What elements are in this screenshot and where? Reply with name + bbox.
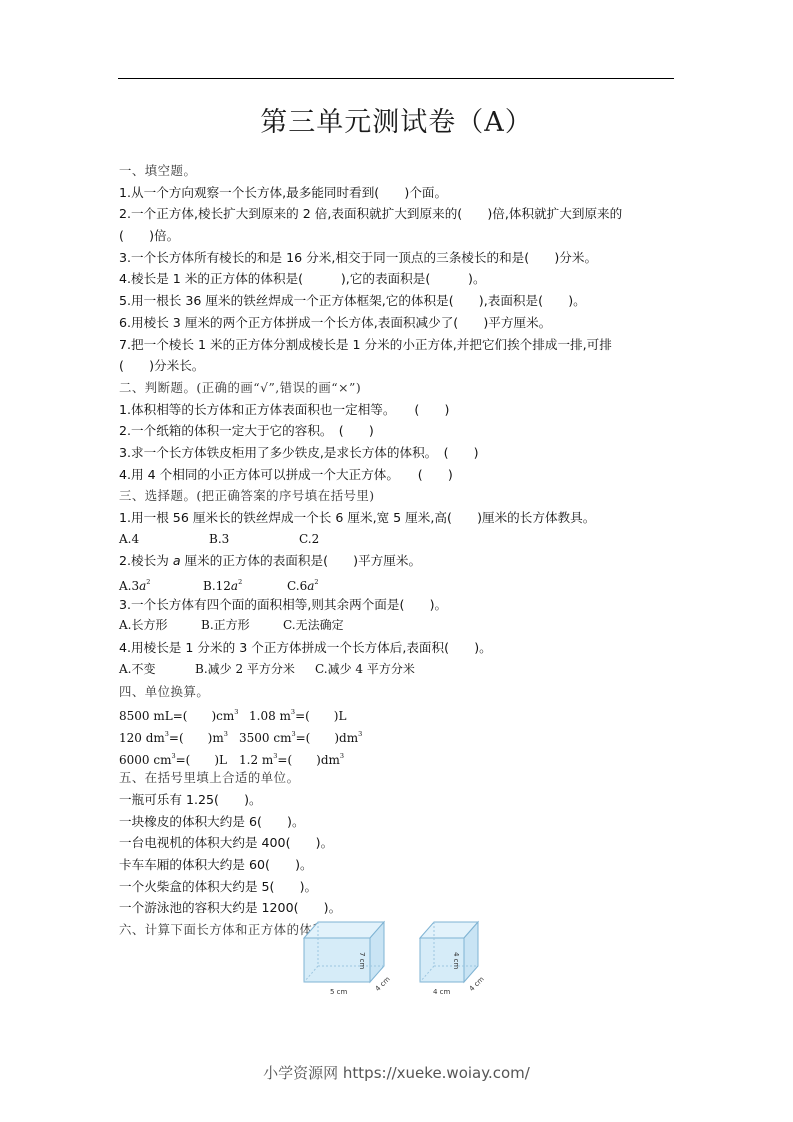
question-item: 1.从一个方向观察一个长方体,最多能同时看到( )个面。 bbox=[119, 182, 679, 204]
section-heading-true-false: 二、判断题。(正确的画“√”,错误的画“×”) bbox=[119, 377, 679, 399]
question-item: 6.用棱长 3 厘米的两个正方体拼成一个长方体,表面积减少了( )平方厘米。 bbox=[119, 312, 679, 334]
section-heading-units: 五、在括号里填上合适的单位。 bbox=[119, 767, 679, 789]
option-b: B.正方形 bbox=[201, 615, 283, 637]
option-row: A.3a2B.12a2C.6a2 bbox=[119, 572, 679, 594]
question-item: 2.一个纸箱的体积一定大于它的容积。 ( ) bbox=[119, 420, 679, 442]
question-item: ( )倍。 bbox=[119, 225, 679, 247]
cuboid-height-label: 7 cm bbox=[358, 952, 366, 970]
question-item: 一个火柴盒的体积大约是 5( )。 bbox=[119, 876, 679, 898]
question-item: 一瓶可乐有 1.25( )。 bbox=[119, 789, 679, 811]
variable-a: a bbox=[173, 553, 181, 568]
question-item: 7.把一个棱长 1 米的正方体分割成棱长是 1 分米的小正方体,并把它们挨个排成… bbox=[119, 334, 679, 356]
cube-height-label: 4 cm bbox=[452, 952, 460, 970]
question-item: 1.用一根 56 厘米长的铁丝焊成一个长 6 厘米,宽 5 厘米,高( )厘米的… bbox=[119, 507, 679, 529]
question-item: 4.用 4 个相同的小正方体可以拼成一个大正方体。 ( ) bbox=[119, 464, 679, 486]
conversion-row: 8500 mL=( )cm31.08 m3=( )L bbox=[119, 702, 679, 724]
question-item: 3.一个长方体有四个面的面积相等,则其余两个面是( )。 bbox=[119, 594, 679, 616]
header-rule bbox=[118, 78, 674, 79]
option-c: C.2 bbox=[299, 529, 319, 551]
cube-shape: 4 cm 4 cm 4 cm bbox=[420, 922, 486, 996]
cuboid-diagram: 5 cm 4 cm 7 cm 4 cm 4 cm 4 cm bbox=[300, 918, 500, 998]
option-row: A.长方形B.正方形C.无法确定 bbox=[119, 615, 679, 637]
option-row: A.不变B.减少 2 平方分米C.减少 4 平方分米 bbox=[119, 659, 679, 681]
cuboid-figures: 5 cm 4 cm 7 cm 4 cm 4 cm 4 cm bbox=[300, 918, 500, 998]
question-item: 卡车车厢的体积大约是 60( )。 bbox=[119, 854, 679, 876]
question-item: 4.用棱长是 1 分米的 3 个正方体拼成一个长方体后,表面积( )。 bbox=[119, 637, 679, 659]
conversion-row: 120 dm3=( )m33500 cm3=( )dm3 bbox=[119, 724, 679, 746]
question-item: 4.棱长是 1 米的正方体的体积是( ),它的表面积是( )。 bbox=[119, 268, 679, 290]
conversion-row: 6000 cm3=( )L1.2 m3=( )dm3 bbox=[119, 746, 679, 768]
question-item: 一块橡皮的体积大约是 6( )。 bbox=[119, 811, 679, 833]
question-item: 2.棱长为 a 厘米的正方体的表面积是( )平方厘米。 bbox=[119, 550, 679, 572]
cube-width-label: 4 cm bbox=[468, 975, 486, 993]
cube-length-label: 4 cm bbox=[433, 988, 451, 996]
question-item: 3.一个长方体所有棱长的和是 16 分米,相交于同一顶点的三条棱长的和是( )分… bbox=[119, 247, 679, 269]
option-b: B.减少 2 平方分米 bbox=[195, 659, 315, 681]
question-item: 一台电视机的体积大约是 400( )。 bbox=[119, 832, 679, 854]
footer-watermark[interactable]: 小学资源网 https://xueke.woiay.com/ bbox=[0, 1062, 793, 1083]
option-b: B.3 bbox=[209, 529, 299, 551]
option-a: A.4 bbox=[119, 529, 209, 551]
option-a: A.不变 bbox=[119, 659, 195, 681]
question-item: 一个游泳池的容积大约是 1200( )。 bbox=[119, 897, 679, 919]
question-item: 3.求一个长方体铁皮柜用了多少铁皮,是求长方体的体积。 ( ) bbox=[119, 442, 679, 464]
exam-content: 一、填空题。 1.从一个方向观察一个长方体,最多能同时看到( )个面。 2.一个… bbox=[119, 160, 679, 941]
option-c: C.减少 4 平方分米 bbox=[315, 659, 415, 681]
cuboid-length-label: 5 cm bbox=[330, 988, 348, 996]
question-item: 5.用一根长 36 厘米的铁丝焊成一个正方体框架,它的体积是( ),表面积是( … bbox=[119, 290, 679, 312]
question-item: 1.体积相等的长方体和正方体表面积也一定相等。 ( ) bbox=[119, 399, 679, 421]
section-heading-fill-blank: 一、填空题。 bbox=[119, 160, 679, 182]
option-a: A.长方形 bbox=[119, 615, 201, 637]
option-row: A.4B.3C.2 bbox=[119, 529, 679, 551]
section-heading-choice: 三、选择题。(把正确答案的序号填在括号里) bbox=[119, 485, 679, 507]
question-item: ( )分米长。 bbox=[119, 355, 679, 377]
option-c: C.无法确定 bbox=[283, 615, 344, 637]
cuboid-shape: 5 cm 4 cm 7 cm bbox=[304, 922, 392, 996]
section-heading-unit-conversion: 四、单位换算。 bbox=[119, 681, 679, 703]
cuboid-width-label: 4 cm bbox=[374, 975, 392, 993]
page-title: 第三单元测试卷（A） bbox=[0, 100, 793, 139]
question-item: 2.一个正方体,棱长扩大到原来的 2 倍,表面积就扩大到原来的( )倍,体积就扩… bbox=[119, 203, 679, 225]
